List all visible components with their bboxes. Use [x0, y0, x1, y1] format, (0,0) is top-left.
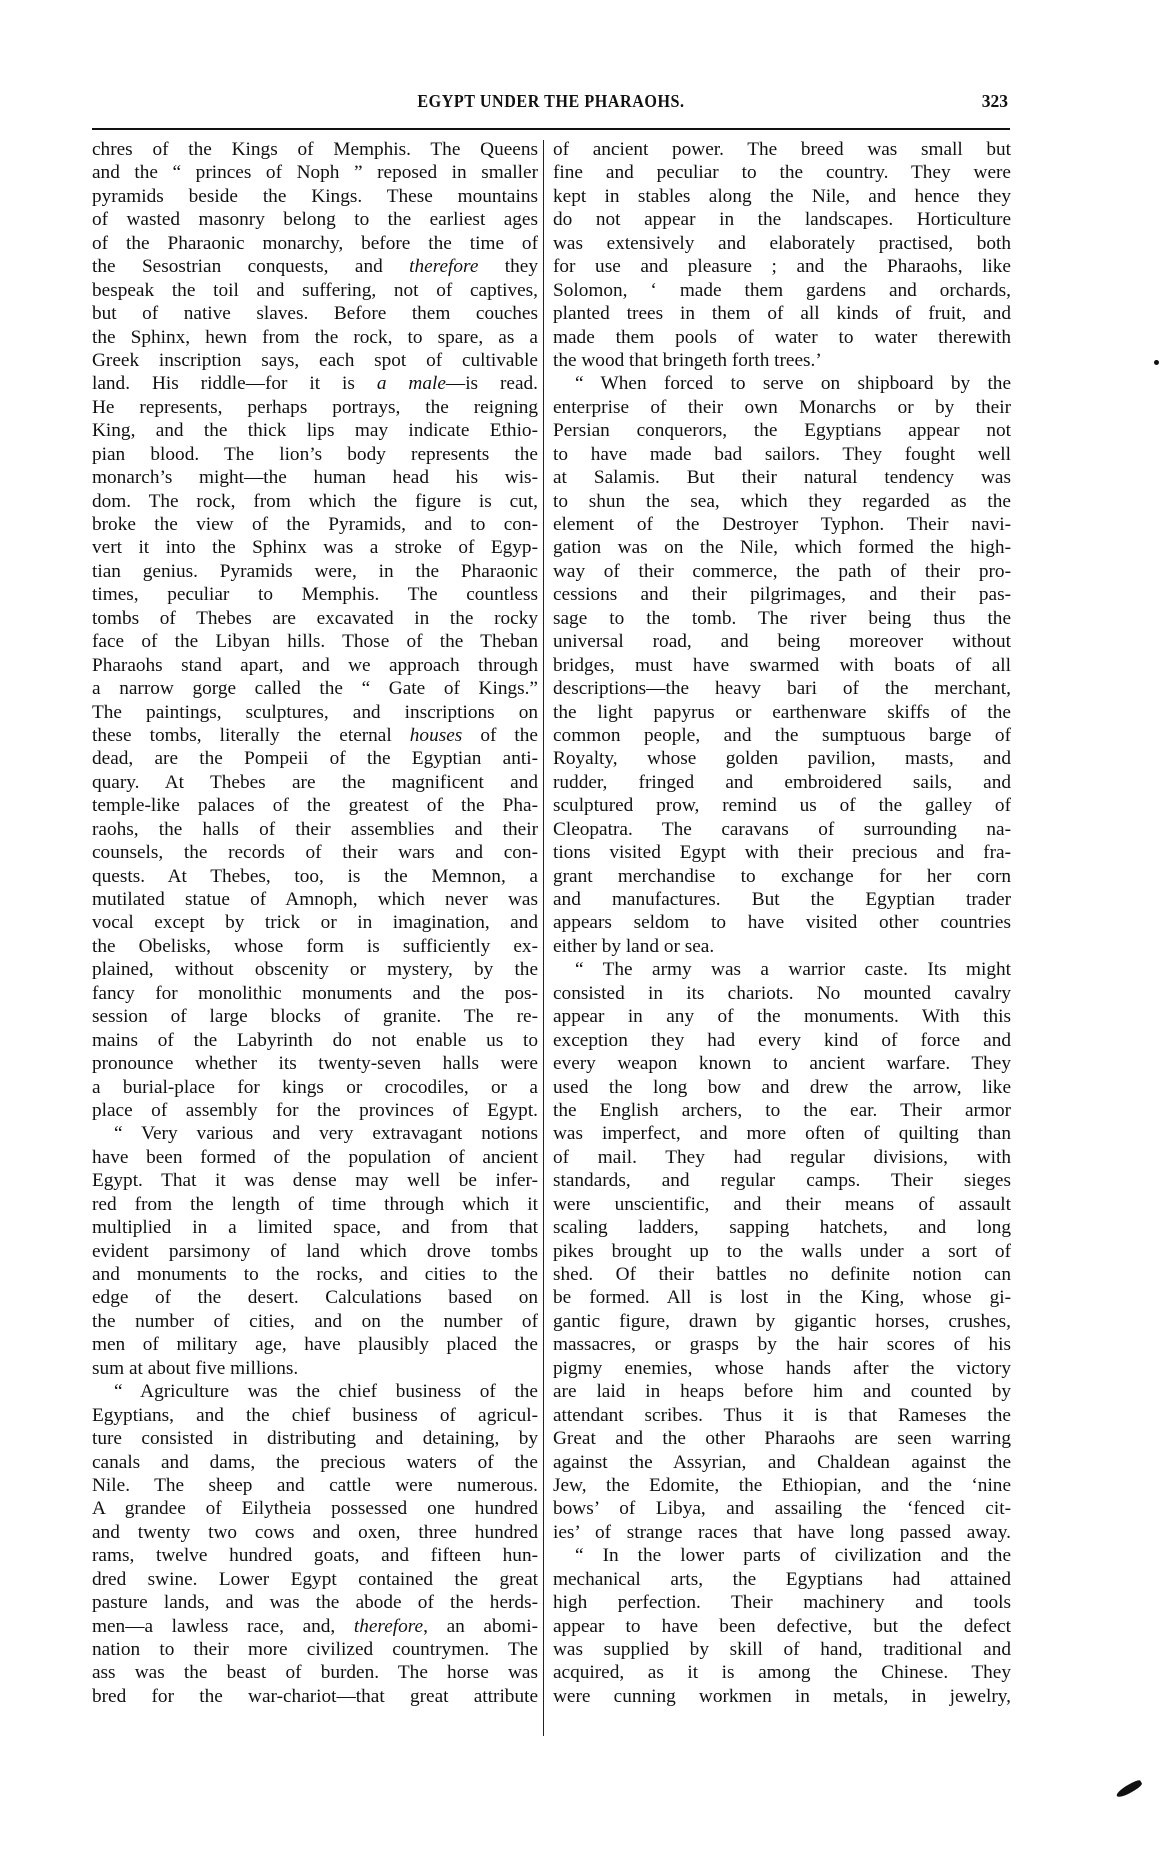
text-line: do not appear in the landscapes. Horticu… — [553, 208, 1011, 231]
text-line: standards, and regular camps. Their sieg… — [553, 1169, 1011, 1192]
text-line: dead, are the Pompeii of the Egyptian an… — [92, 747, 538, 770]
italic-text: therefore — [409, 256, 478, 277]
text-line: raohs, the halls of their assemblies and… — [92, 818, 538, 841]
italic-text: houses — [410, 725, 463, 746]
text-line: the wood that bringeth forth trees.’ — [553, 349, 1011, 372]
text-line: Nile. The sheep and cattle were numerous… — [92, 1474, 538, 1497]
text-line: mutilated statue of Amnoph, which never … — [92, 888, 538, 911]
text-line: Solomon, ‘ made them gardens and orchard… — [553, 279, 1011, 302]
text-line: bred for the war-chariot—that great attr… — [92, 1685, 538, 1708]
text-line: temple-like palaces of the greatest of t… — [92, 794, 538, 817]
text-line: “ The army was a warrior caste. Its migh… — [553, 958, 1011, 981]
text-line: Cleopatra. The caravans of surrounding n… — [553, 818, 1011, 841]
text-line: evident parsimony of land which drove to… — [92, 1240, 538, 1263]
text-line: dred swine. Lower Egypt contained the gr… — [92, 1568, 538, 1591]
text-line: high perfection. Their machinery and too… — [553, 1591, 1011, 1614]
text-line: the light papyrus or earthenware skiffs … — [553, 701, 1011, 724]
text-line: and the “ princes of Noph ” reposed in s… — [92, 161, 538, 184]
text-line: the Obelisks, whose form is sufficiently… — [92, 935, 538, 958]
text-line: at Salamis. But their natural tendency w… — [553, 466, 1011, 489]
text-line: exception they had every kind of force a… — [553, 1029, 1011, 1052]
text-line: appears seldom to have visited other cou… — [553, 911, 1011, 934]
text-line: descriptions—the heavy bari of the merch… — [553, 677, 1011, 700]
text-line: Pharaohs stand apart, and we approach th… — [92, 654, 538, 677]
text-line: Great and the other Pharaohs are seen wa… — [553, 1427, 1011, 1450]
ink-speck — [1154, 360, 1159, 365]
text-line: the Sphinx, hewn from the rock, to spare… — [92, 326, 538, 349]
text-line: pigmy enemies, whose hands after the vic… — [553, 1357, 1011, 1380]
text-line: and manufactures. But the Egyptian trade… — [553, 888, 1011, 911]
text-line: multiplied in a limited space, and from … — [92, 1216, 538, 1239]
text-line: planted trees in them of all kinds of fr… — [553, 302, 1011, 325]
text-line: of the Pharaonic monarchy, before the ti… — [92, 232, 538, 255]
header-rule — [92, 128, 1010, 130]
text-line: these tombs, literally the eternal house… — [92, 724, 538, 747]
text-line: element of the Destroyer Typhon. Their n… — [553, 513, 1011, 536]
text-line: every weapon known to ancient warfare. T… — [553, 1052, 1011, 1075]
text-line: appear in any of the monuments. With thi… — [553, 1005, 1011, 1028]
text-line: red from the length of time through whic… — [92, 1193, 538, 1216]
page-number: 323 — [982, 91, 1008, 112]
text-line: of mail. They had regular divisions, wit… — [553, 1146, 1011, 1169]
text-line: mains of the Labyrinth do not enable us … — [92, 1029, 538, 1052]
text-line: way of their commerce, the path of their… — [553, 560, 1011, 583]
text-line: Egyptians, and the chief business of agr… — [92, 1404, 538, 1427]
text-line: cessions and their pilgrimages, and thei… — [553, 583, 1011, 606]
text-line: to shun the sea, which they regarded as … — [553, 490, 1011, 513]
text-line: to have made bad sailors. They fought we… — [553, 443, 1011, 466]
text-line: have been formed of the population of an… — [92, 1146, 538, 1169]
text-line: counsels, the records of their wars and … — [92, 841, 538, 864]
text-line: pikes brought up to the walls under a so… — [553, 1240, 1011, 1263]
text-line: were cunning workmen in metals, in jewel… — [553, 1685, 1011, 1708]
text-line: against the Assyrian, and Chaldean again… — [553, 1451, 1011, 1474]
text-line: scaling ladders, sapping hatchets, and l… — [553, 1216, 1011, 1239]
text-line: were unscientific, and their means of as… — [553, 1193, 1011, 1216]
text-line: and monuments to the rocks, and cities t… — [92, 1263, 538, 1286]
left-column: chres of the Kings of Memphis. The Queen… — [92, 138, 538, 1708]
text-line: chres of the Kings of Memphis. The Queen… — [92, 138, 538, 161]
ink-blot-mark — [1115, 1779, 1143, 1800]
text-line: used the long bow and drew the arrow, li… — [553, 1076, 1011, 1099]
text-line: fancy for monolithic monuments and the p… — [92, 982, 538, 1005]
text-line: be formed. All is lost in the King, whos… — [553, 1286, 1011, 1309]
text-line: plained, without obscenity or mystery, b… — [92, 958, 538, 981]
text-line: broke the view of the Pyramids, and to c… — [92, 513, 538, 536]
text-line: Royalty, whose golden pavilion, masts, a… — [553, 747, 1011, 770]
text-line: enterprise of their own Monarchs or by t… — [553, 396, 1011, 419]
text-line: Egypt. That it was dense may well be inf… — [92, 1169, 538, 1192]
text-line: rudder, fringed and embroidered sails, a… — [553, 771, 1011, 794]
text-line: was supplied by skill of hand, tradition… — [553, 1638, 1011, 1661]
text-line: the English archers, to the ear. Their a… — [553, 1099, 1011, 1122]
text-line: monarch’s might—the human head his wis- — [92, 466, 538, 489]
text-line: quary. At Thebes are the magnificent and — [92, 771, 538, 794]
text-line: face of the Libyan hills. Those of the T… — [92, 630, 538, 653]
text-line: rams, twelve hundred goats, and fifteen … — [92, 1544, 538, 1567]
text-line: gation was on the Nile, which formed the… — [553, 536, 1011, 559]
text-line: are laid in heaps before him and counted… — [553, 1380, 1011, 1403]
text-line: was imperfect, and more often of quiltin… — [553, 1122, 1011, 1145]
text-line: bows’ of Libya, and assailing the ‘fence… — [553, 1497, 1011, 1520]
text-line: A grandee of Eilytheia possessed one hun… — [92, 1497, 538, 1520]
text-line: mechanical arts, the Egyptians had attai… — [553, 1568, 1011, 1591]
text-line: ture consisted in distributing and detai… — [92, 1427, 538, 1450]
text-line: attendant scribes. Thus it is that Rames… — [553, 1404, 1011, 1427]
text-line: universal road, and being moreover witho… — [553, 630, 1011, 653]
text-line: The paintings, sculptures, and inscripti… — [92, 701, 538, 724]
text-line: tian genius. Pyramids were, in the Phara… — [92, 560, 538, 583]
text-line: nation to their more civilized countryme… — [92, 1638, 538, 1661]
running-title: EGYPT UNDER THE PHARAOHS. — [129, 91, 974, 112]
text-line: “ When forced to serve on shipboard by t… — [553, 372, 1011, 395]
text-line: the Sesostrian conquests, and therefore … — [92, 255, 538, 278]
text-line: consisted in its chariots. No mounted ca… — [553, 982, 1011, 1005]
text-line: Jew, the Edomite, the Ethiopian, and the… — [553, 1474, 1011, 1497]
text-line: but of native slaves. Before them couche… — [92, 302, 538, 325]
text-line: common people, and the sumptuous barge o… — [553, 724, 1011, 747]
text-line: “ Very various and very extravagant noti… — [92, 1122, 538, 1145]
text-line: massacres, or grasps by the hair scores … — [553, 1333, 1011, 1356]
text-line: of wasted masonry belong to the earliest… — [92, 208, 538, 231]
text-line: a burial-place for kings or crocodiles, … — [92, 1076, 538, 1099]
text-line: vocal except by trick or in imagination,… — [92, 911, 538, 934]
text-line: Persian conquerors, the Egyptians appear… — [553, 419, 1011, 442]
text-line: canals and dams, the precious waters of … — [92, 1451, 538, 1474]
text-line: session of large blocks of granite. The … — [92, 1005, 538, 1028]
text-line: He represents, perhaps portrays, the rei… — [92, 396, 538, 419]
text-line: a narrow gorge called the “ Gate of King… — [92, 677, 538, 700]
text-line: kept in stables along the Nile, and henc… — [553, 185, 1011, 208]
text-line: was extensively and elaborately practise… — [553, 232, 1011, 255]
text-line: bridges, must have swarmed with boats of… — [553, 654, 1011, 677]
text-line: for use and pleasure ; and the Pharaohs,… — [553, 255, 1011, 278]
text-line: gantic figure, drawn by gigantic horses,… — [553, 1310, 1011, 1333]
column-divider — [543, 140, 544, 1736]
text-line: “ In the lower parts of civilization and… — [553, 1544, 1011, 1567]
text-line: land. His riddle—for it is a male—is rea… — [92, 372, 538, 395]
text-line: sage to the tomb. The river being thus t… — [553, 607, 1011, 630]
text-line: place of assembly for the provinces of E… — [92, 1099, 538, 1122]
italic-text: a male — [377, 373, 446, 394]
text-line: men—a lawless race, and, therefore, an a… — [92, 1615, 538, 1638]
text-line: tombs of Thebes are excavated in the roc… — [92, 607, 538, 630]
text-line: edge of the desert. Calculations based o… — [92, 1286, 538, 1309]
text-line: times, peculiar to Memphis. The countles… — [92, 583, 538, 606]
text-line: and twenty two cows and oxen, three hund… — [92, 1521, 538, 1544]
text-line: King, and the thick lips may indicate Et… — [92, 419, 538, 442]
text-line: men of military age, have plausibly plac… — [92, 1333, 538, 1356]
text-line: sum at about five millions. — [92, 1357, 538, 1380]
text-line: ass was the beast of burden. The horse w… — [92, 1661, 538, 1684]
text-line: dom. The rock, from which the figure is … — [92, 490, 538, 513]
text-line: quests. At Thebes, too, is the Memnon, a — [92, 865, 538, 888]
text-line: ies’ of strange races that have long pas… — [553, 1521, 1011, 1544]
text-line: bespeak the toil and suffering, not of c… — [92, 279, 538, 302]
text-line: pian blood. The lion’s body represents t… — [92, 443, 538, 466]
text-line: either by land or sea. — [553, 935, 1011, 958]
right-column: of ancient power. The breed was small bu… — [553, 138, 1011, 1708]
text-line: appear to have been defective, but the d… — [553, 1615, 1011, 1638]
text-line: sculptured prow, remind us of the galley… — [553, 794, 1011, 817]
text-line: vert it into the Sphinx was a stroke of … — [92, 536, 538, 559]
text-line: pasture lands, and was the abode of the … — [92, 1591, 538, 1614]
text-line: pronounce whether its twenty-seven halls… — [92, 1052, 538, 1075]
text-line: made them pools of water to water therew… — [553, 326, 1011, 349]
text-line: acquired, as it is among the Chinese. Th… — [553, 1661, 1011, 1684]
text-line: shed. Of their battles no definite notio… — [553, 1263, 1011, 1286]
text-line: pyramids beside the Kings. These mountai… — [92, 185, 538, 208]
text-line: grant merchandise to exchange for her co… — [553, 865, 1011, 888]
text-line: Greek inscription says, each spot of cul… — [92, 349, 538, 372]
italic-text: therefore — [354, 1616, 423, 1637]
text-line: fine and peculiar to the country. They w… — [553, 161, 1011, 184]
running-head: EGYPT UNDER THE PHARAOHS. 323 — [92, 91, 1010, 117]
text-line: of ancient power. The breed was small bu… — [553, 138, 1011, 161]
text-line: “ Agriculture was the chief business of … — [92, 1380, 538, 1403]
text-line: the number of cities, and on the number … — [92, 1310, 538, 1333]
text-line: tions visited Egypt with their precious … — [553, 841, 1011, 864]
